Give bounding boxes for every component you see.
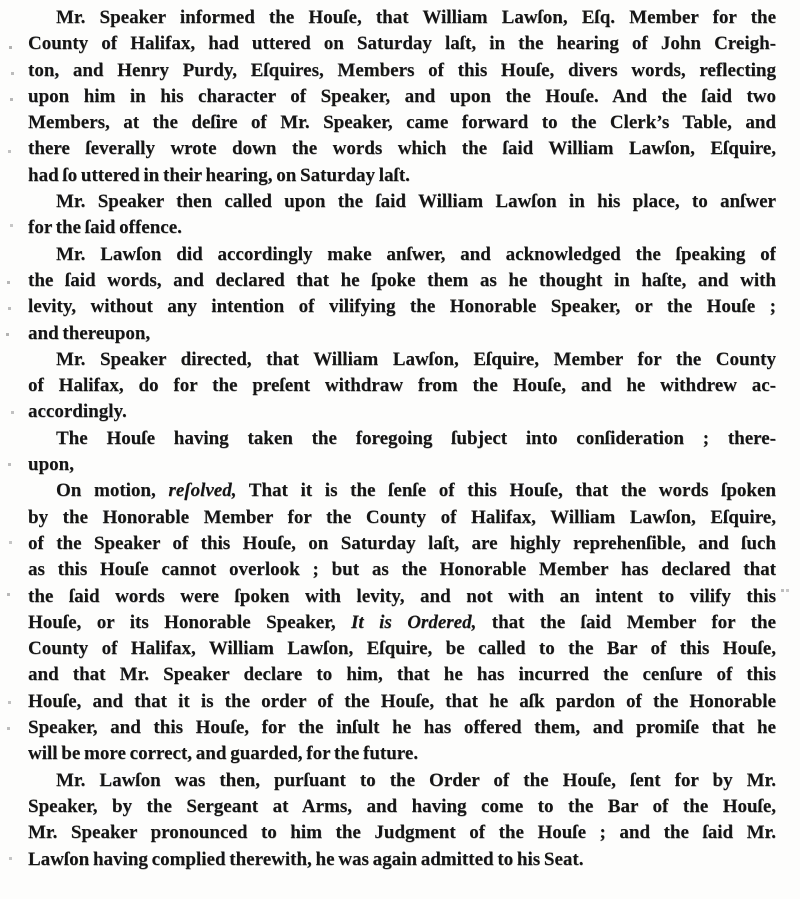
text-line: Mr. Speaker informed the Houſe, that Wil…	[28, 5, 776, 31]
text-line: accordingly.	[28, 399, 776, 425]
text-line: Houſe, or its Honorable Speaker, It is O…	[28, 610, 776, 636]
text-segment: Speaker, and this Houſe, for the inſult …	[28, 717, 776, 738]
text-line: had ſo uttered in their hearing, on Satu…	[28, 163, 776, 189]
paragraph: Mr. Lawſon was then, purſuant to the Ord…	[28, 768, 776, 873]
paragraph: Mr. Speaker then called upon the ſaid Wi…	[28, 189, 776, 242]
text-segment: of the Speaker of this Houſe, on Saturda…	[28, 533, 776, 554]
text-segment: County of Halifax, had uttered on Saturd…	[28, 33, 776, 54]
text-line: Mr. Speaker then called upon the ſaid Wi…	[28, 189, 776, 215]
text-line: levity, without any intention of vilifyi…	[28, 294, 776, 320]
text-segment: Houſe, or its Honorable Speaker,	[28, 612, 351, 633]
text-segment: had ſo uttered in their hearing, on Satu…	[28, 165, 410, 186]
text-line: upon him in his character of Speaker, an…	[28, 84, 776, 110]
text-segment: by the Honorable Member for the County o…	[28, 507, 776, 528]
text-segment: and that Mr. Speaker declare to him, tha…	[28, 664, 776, 685]
text-line: Speaker, and this Houſe, for the inſult …	[28, 715, 776, 741]
document-page: Mr. Speaker informed the Houſe, that Wil…	[0, 0, 800, 899]
text-line: Mr. Lawſon was then, purſuant to the Ord…	[28, 768, 776, 794]
text-segment: and thereupon,	[28, 323, 150, 344]
text-segment: That it is the ſenſe of this Houſe, that…	[236, 480, 776, 501]
text-segment: It is Ordered,	[351, 612, 476, 633]
text-segment: Mr. Speaker pronounced to him the Judgme…	[28, 822, 776, 843]
text-line: the ſaid words were ſpoken with levity, …	[28, 584, 776, 610]
text-line: will be more correct, and guarded, for t…	[28, 741, 776, 767]
text-line: and thereupon,	[28, 321, 776, 347]
text-segment: On motion,	[56, 480, 168, 501]
text-segment: Lawſon having complied therewith, he was…	[28, 849, 583, 870]
paragraph: Mr. Speaker informed the Houſe, that Wil…	[28, 5, 776, 189]
text-line: of Halifax, do for the preſent withdraw …	[28, 373, 776, 399]
text-line: the ſaid words, and declared that he ſpo…	[28, 268, 776, 294]
text-segment: Mr. Speaker informed the Houſe, that Wil…	[56, 7, 776, 28]
paragraph: Mr. Speaker directed, that William Lawſo…	[28, 347, 776, 426]
text-segment: Mr. Speaker directed, that William Lawſo…	[56, 349, 776, 370]
text-line: by the Honorable Member for the County o…	[28, 505, 776, 531]
text-segment: the ſaid words, and declared that he ſpo…	[28, 270, 776, 291]
text-segment: County of Halifax, William Lawſon, Eſqui…	[28, 638, 776, 659]
text-line: Mr. Lawſon did accordingly make anſwer, …	[28, 242, 776, 268]
text-segment: Mr. Speaker then called upon the ſaid Wi…	[56, 191, 776, 212]
paragraph: On motion, reſolved, That it is the ſenſ…	[28, 478, 776, 767]
text-line: there ſeverally wrote down the words whi…	[28, 136, 776, 162]
text-line: Speaker, by the Sergeant at Arms, and ha…	[28, 794, 776, 820]
text-segment: for the ſaid offence.	[28, 217, 182, 238]
paragraph: The Houſe having taken the foregoing ſub…	[28, 426, 776, 479]
text-segment: as this Houſe cannot overlook ; but as t…	[28, 559, 776, 580]
text-line: Mr. Speaker directed, that William Lawſo…	[28, 347, 776, 373]
text-line: Mr. Speaker pronounced to him the Judgme…	[28, 820, 776, 846]
text-line: County of Halifax, William Lawſon, Eſqui…	[28, 636, 776, 662]
text-line: The Houſe having taken the foregoing ſub…	[28, 426, 776, 452]
paragraph: Mr. Lawſon did accordingly make anſwer, …	[28, 242, 776, 347]
text-line: County of Halifax, had uttered on Saturd…	[28, 31, 776, 57]
text-segment: accordingly.	[28, 401, 127, 422]
text-line: Members, at the deſire of Mr. Speaker, c…	[28, 110, 776, 136]
text-segment: there ſeverally wrote down the words whi…	[28, 138, 776, 159]
text-segment: upon him in his character of Speaker, an…	[28, 86, 776, 107]
text-line: ton, and Henry Purdy, Eſquires, Members …	[28, 58, 776, 84]
text-segment: ton, and Henry Purdy, Eſquires, Members …	[28, 60, 776, 81]
text-line: for the ſaid offence.	[28, 215, 776, 241]
text-line: upon,	[28, 452, 776, 478]
text-segment: reſolved,	[168, 480, 236, 501]
text-line: Lawſon having complied therewith, he was…	[28, 847, 776, 873]
text-line: as this Houſe cannot overlook ; but as t…	[28, 557, 776, 583]
text-segment: Mr. Lawſon was then, purſuant to the Ord…	[56, 770, 776, 791]
text-segment: of Halifax, do for the preſent withdraw …	[28, 375, 776, 396]
text-segment: that the ſaid Member for the	[476, 612, 776, 633]
text-segment: upon,	[28, 454, 74, 475]
text-line: Houſe, and that it is the order of the H…	[28, 689, 776, 715]
text-segment: Houſe, and that it is the order of the H…	[28, 691, 776, 712]
text-line: On motion, reſolved, That it is the ſenſ…	[28, 478, 776, 504]
text-line: of the Speaker of this Houſe, on Saturda…	[28, 531, 776, 557]
text-block: Mr. Speaker informed the Houſe, that Wil…	[28, 5, 776, 873]
text-segment: will be more correct, and guarded, for t…	[28, 743, 418, 764]
text-segment: The Houſe having taken the foregoing ſub…	[56, 428, 776, 449]
text-segment: the ſaid words were ſpoken with levity, …	[28, 586, 776, 607]
text-segment: levity, without any intention of vilifyi…	[28, 296, 776, 317]
text-segment: Members, at the deſire of Mr. Speaker, c…	[28, 112, 776, 133]
text-line: and that Mr. Speaker declare to him, tha…	[28, 662, 776, 688]
text-segment: Mr. Lawſon did accordingly make anſwer, …	[56, 244, 776, 265]
text-segment: Speaker, by the Sergeant at Arms, and ha…	[28, 796, 776, 817]
scan-speck-marks	[0, 0, 1, 1]
